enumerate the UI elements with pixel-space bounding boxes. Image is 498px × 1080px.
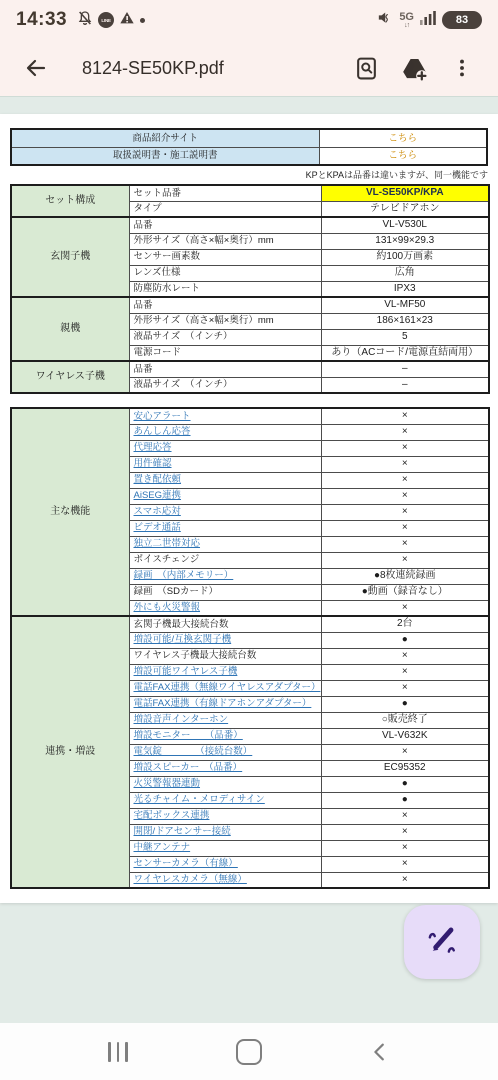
section-header: セット構成 <box>11 185 129 217</box>
feature-link[interactable]: 増設音声インターホン <box>129 712 321 728</box>
attr-label: 外形サイズ（高さ×幅×奥行）mm <box>129 233 321 249</box>
feature-link[interactable]: 用件確認 <box>129 456 321 472</box>
model-note: KPとKPAは品番は違いますが、同一機能です <box>0 169 488 181</box>
value-cell: ● <box>321 792 489 808</box>
kochira-link[interactable]: こちら <box>319 147 487 165</box>
value-cell: テレビドアホン <box>321 201 489 217</box>
row-label: 商品紹介サイト <box>11 129 319 147</box>
value-cell: EC95352 <box>321 760 489 776</box>
feature-link[interactable]: 電話FAX連携（有線ドアホンアダプター） <box>129 696 321 712</box>
value-cell: × <box>321 456 489 472</box>
feature-link[interactable]: AiSEG連携 <box>129 488 321 504</box>
attr-label: センサー画素数 <box>129 249 321 265</box>
pdf-viewer[interactable]: 商品紹介サイトこちら取扱説明書・施工説明書こちら KPとKPAは品番は違いますが… <box>0 96 498 1023</box>
value-cell: × <box>321 408 489 424</box>
value-cell: × <box>321 536 489 552</box>
clock: 14:33 <box>16 9 67 31</box>
feature-link[interactable]: 電話FAX連携（無線ワイヤレスアダプター） <box>129 680 321 696</box>
value-cell: × <box>321 840 489 856</box>
back-nav-button[interactable] <box>358 1030 402 1074</box>
add-to-drive-button[interactable] <box>394 48 434 88</box>
row-label: 取扱説明書・施工説明書 <box>11 147 319 165</box>
value-cell: ●8枚連続録画 <box>321 568 489 584</box>
value-cell: VL-V632K <box>321 728 489 744</box>
5g-icon: 5G ↓↑ <box>399 12 414 29</box>
attr-label: 品番 <box>129 297 321 313</box>
section-header: 主な機能 <box>11 408 129 616</box>
attr-label: 防塵防水レート <box>129 281 321 297</box>
feature-link[interactable]: 代理応答 <box>129 440 321 456</box>
warning-icon <box>119 10 135 31</box>
feature-link[interactable]: あんしん応答 <box>129 424 321 440</box>
value-cell: ● <box>321 632 489 648</box>
value-cell: × <box>321 648 489 664</box>
value-cell: ● <box>321 776 489 792</box>
feature-link[interactable]: 開閉/ドアセンサー接続 <box>129 824 321 840</box>
home-icon <box>236 1039 262 1065</box>
attr-label: 品番 <box>129 361 321 377</box>
feature-link[interactable]: 光るチャイム・メロディサイン <box>129 792 321 808</box>
feature-link[interactable]: 増設可能ワイヤレス子機 <box>129 664 321 680</box>
value-cell: ● <box>321 696 489 712</box>
feature-link[interactable]: スマホ応対 <box>129 504 321 520</box>
value-cell: × <box>321 424 489 440</box>
feature-link[interactable]: 外にも火災警報 <box>129 600 321 616</box>
value-cell: × <box>321 872 489 888</box>
spec-table: セット構成セット品番VL-SE50KP/KPAタイプテレビドアホン玄関子機品番V… <box>10 184 490 394</box>
table-row: ワイヤレス子機品番– <box>11 361 489 377</box>
document-title: 8124-SE50KP.pdf <box>82 58 338 79</box>
table-row: 連携・増設玄関子機最大接続台数2台 <box>11 616 489 632</box>
value-cell: – <box>321 377 489 393</box>
recents-icon <box>108 1042 128 1062</box>
home-button[interactable] <box>227 1030 271 1074</box>
section-header: ワイヤレス子機 <box>11 361 129 393</box>
value-cell: VL-V530L <box>321 217 489 233</box>
attr-label: ワイヤレス子機最大接続台数 <box>129 648 321 664</box>
value-cell: × <box>321 856 489 872</box>
feature-link[interactable]: 録画 （内部メモリー） <box>129 568 321 584</box>
attr-label: 液晶サイズ （インチ） <box>129 377 321 393</box>
attr-label: 品番 <box>129 217 321 233</box>
section-header: 親機 <box>11 297 129 361</box>
value-cell: × <box>321 472 489 488</box>
kochira-link[interactable]: こちら <box>319 129 487 147</box>
value-cell: × <box>321 600 489 616</box>
pdf-page: 商品紹介サイトこちら取扱説明書・施工説明書こちら KPとKPAは品番は違いますが… <box>0 114 498 903</box>
feature-link[interactable]: 安心アラート <box>129 408 321 424</box>
table-row: セット構成セット品番VL-SE50KP/KPA <box>11 185 489 201</box>
feature-link[interactable]: 電気錠 （接続台数） <box>129 744 321 760</box>
feature-link[interactable]: 中継アンテナ <box>129 840 321 856</box>
table-row: 取扱説明書・施工説明書こちら <box>11 147 487 165</box>
table-row: 主な機能安心アラート× <box>11 408 489 424</box>
value-cell: 186×161×23 <box>321 313 489 329</box>
value-cell: × <box>321 504 489 520</box>
value-cell: 5 <box>321 329 489 345</box>
value-cell: × <box>321 744 489 760</box>
annotate-pen-icon <box>423 921 461 964</box>
value-cell: あり（ACコード/電源直結両用） <box>321 345 489 361</box>
value-cell: × <box>321 664 489 680</box>
overflow-menu-button[interactable] <box>442 48 482 88</box>
attr-label: ボイスチェンジ <box>129 552 321 568</box>
battery-indicator: 83 <box>442 11 482 29</box>
value-cell: × <box>321 488 489 504</box>
navigation-bar <box>0 1023 498 1080</box>
value-cell: VL-MF50 <box>321 297 489 313</box>
vibrate-icon <box>376 9 393 31</box>
feature-link[interactable]: センサーカメラ（有線） <box>129 856 321 872</box>
app-bar: 8124-SE50KP.pdf <box>0 40 498 96</box>
links-table: 商品紹介サイトこちら取扱説明書・施工説明書こちら <box>10 128 488 166</box>
table-row: 玄関子機品番VL-V530L <box>11 217 489 233</box>
annotate-fab[interactable] <box>404 905 480 979</box>
table-row: 親機品番VL-MF50 <box>11 297 489 313</box>
value-cell: 131×99×29.3 <box>321 233 489 249</box>
attr-label: 外形サイズ（高さ×幅×奥行）mm <box>129 313 321 329</box>
value-cell: × <box>321 808 489 824</box>
feature-link[interactable]: 増設スピーカー （品番） <box>129 760 321 776</box>
value-cell: 広角 <box>321 265 489 281</box>
feature-link[interactable]: ビデオ通話 <box>129 520 321 536</box>
value-cell: 2台 <box>321 616 489 632</box>
feature-link[interactable]: 独立二世帯対応 <box>129 536 321 552</box>
attr-label: 録画 （SDカード） <box>129 584 321 600</box>
dot-icon <box>140 18 145 23</box>
attr-label: タイプ <box>129 201 321 217</box>
attr-label: セット品番 <box>129 185 321 201</box>
value-cell: × <box>321 680 489 696</box>
attr-label: レンズ仕様 <box>129 265 321 281</box>
table-row: 商品紹介サイトこちら <box>11 129 487 147</box>
value-cell: – <box>321 361 489 377</box>
feature-link[interactable]: 置き配依頼 <box>129 472 321 488</box>
feature-link[interactable]: ワイヤレスカメラ（無線） <box>129 872 321 888</box>
value-cell: 約100万画素 <box>321 249 489 265</box>
feature-table: 主な機能安心アラート×あんしん応答×代理応答×用件確認×置き配依頼×AiSEG連… <box>10 407 490 889</box>
feature-link[interactable]: 宅配ボックス連携 <box>129 808 321 824</box>
section-header: 連携・増設 <box>11 616 129 888</box>
attr-label: 玄関子機最大接続台数 <box>129 616 321 632</box>
value-cell: VL-SE50KP/KPA <box>321 185 489 201</box>
feature-link[interactable]: 増設可能/互換玄関子機 <box>129 632 321 648</box>
value-cell: × <box>321 552 489 568</box>
back-chevron-icon <box>369 1041 391 1063</box>
value-cell: IPX3 <box>321 281 489 297</box>
value-cell: ●動画（録音なし） <box>321 584 489 600</box>
value-cell: × <box>321 520 489 536</box>
feature-link[interactable]: 増設モニター （品番） <box>129 728 321 744</box>
recents-button[interactable] <box>96 1030 140 1074</box>
value-cell: ○販売終了 <box>321 712 489 728</box>
line-app-icon: LINE <box>98 12 114 28</box>
feature-link[interactable]: 火災警報器連動 <box>129 776 321 792</box>
value-cell: × <box>321 824 489 840</box>
back-button[interactable] <box>16 48 56 88</box>
attr-label: 液晶サイズ （インチ） <box>129 329 321 345</box>
status-bar: 14:33 LINE 5G ↓↑ 83 <box>0 0 498 40</box>
signal-icon <box>420 10 436 30</box>
value-cell: × <box>321 440 489 456</box>
attr-label: 電源コード <box>129 345 321 361</box>
find-in-document-button[interactable] <box>346 48 386 88</box>
notification-off-icon <box>77 10 93 31</box>
section-header: 玄関子機 <box>11 217 129 297</box>
